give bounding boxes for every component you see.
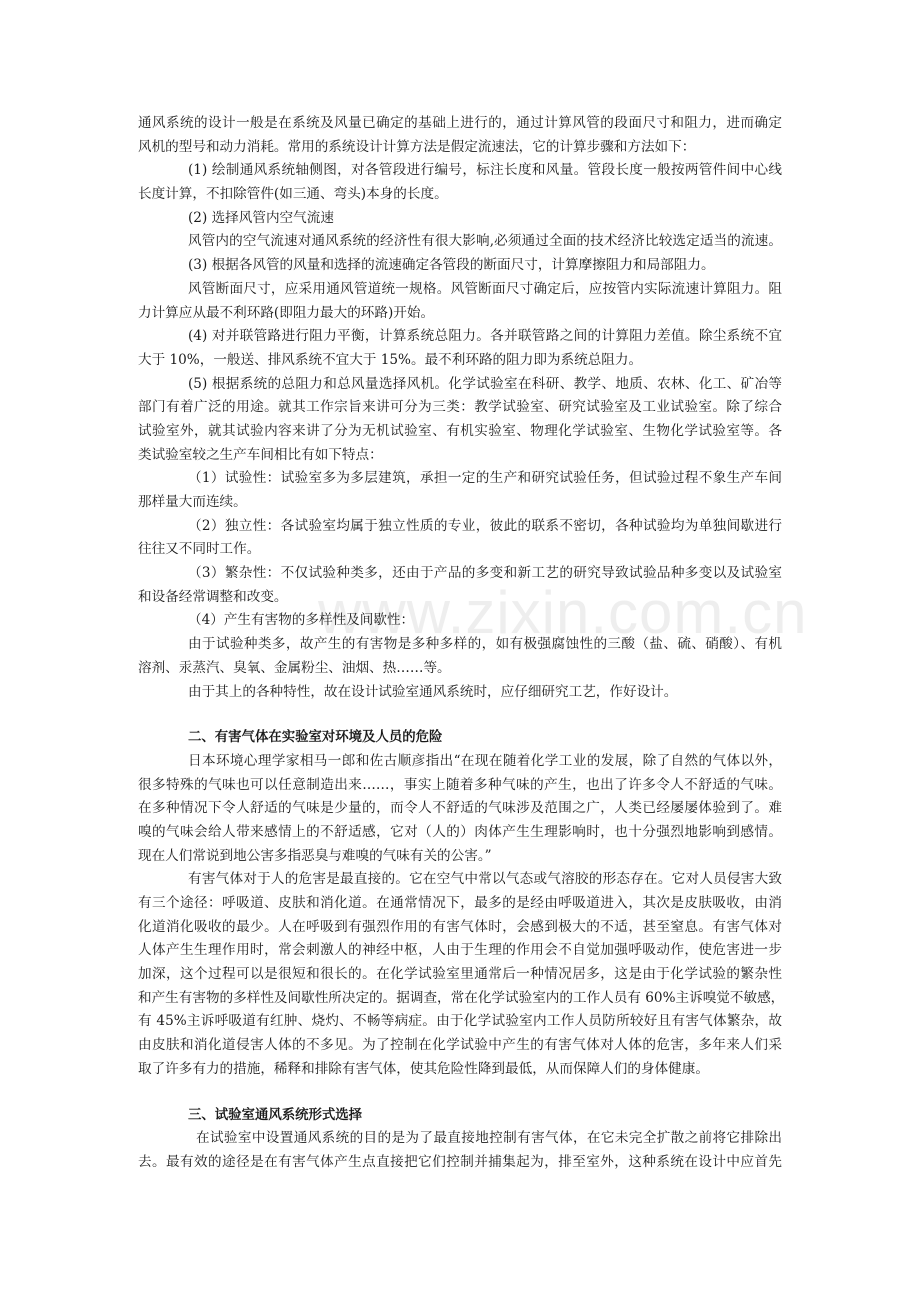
section-system-selection-body: 在试验室中设置通风系统的目的是为了最直接地控制有害气体，在它未完全扩散之前将它排… (138, 1127, 782, 1174)
text-line: 现在人们常说到地公害多指恶臭与难嗅的气味有关的公害。” (138, 845, 782, 869)
blank-spacer (138, 1082, 782, 1104)
text-line: 很多特殊的气味也可以任意制造出来……，事实上随着多种气味的产生，也出了许多令人不… (138, 774, 782, 798)
text-line: 有 45%主诉呼吸道有红肿、烧灼、不畅等病症。由于化学试验室内工作人员防所较好且… (138, 1010, 782, 1034)
section-ventilation-design: 通风系统的设计一般是在系统及风量已确定的基础上进行的，通过计算风管的段面尺寸和阻… (138, 112, 782, 704)
text-line: 化道消化吸收的最少。人在呼吸到有强烈作用的有害气体时，会感到极大的不适，甚至窒息… (138, 916, 782, 940)
text-line: (1) 绘制通风系统轴侧图，对各管段进行编号，标注长度和风量。管段长度一般按两管… (138, 159, 782, 183)
document-page: 通风系统的设计一般是在系统及风量已确定的基础上进行的，通过计算风管的段面尺寸和阻… (138, 112, 782, 1175)
text-line: 那样量大而连续。 (138, 491, 782, 515)
text-line: 加深，这个过程可以是很短和很长的。在化学试验室里通常后一种情况居多，这是由于化学… (138, 963, 782, 987)
text-line: 去。最有效的途径是在有害气体产生点直接把它们控制并捕集起为，排至室外，这种系统在… (138, 1151, 782, 1175)
text-line: 和设备经常调整和改变。 (138, 586, 782, 610)
text-line: （3）繁杂性：不仅试验种类多，还由于产品的多变和新工艺的研究导致试验品种多变以及… (138, 562, 782, 586)
text-line: 大于 10%，一般送、排风系统不宜大于 15%。最不利环路的阻力即为系统总阻力。 (138, 349, 782, 373)
text-line: (2) 选择风管内空气流速 (138, 207, 782, 231)
text-line: 有害气体对于人的危害是最直接的。它在空气中常以气态或气溶胶的形态存在。它对人员侵… (138, 868, 782, 892)
text-line: 在试验室中设置通风系统的目的是为了最直接地控制有害气体，在它未完全扩散之前将它排… (138, 1127, 782, 1151)
section-heading-system-selection: 三、试验室通风系统形式选择 (138, 1104, 782, 1128)
text-line: (4) 对并联管路进行阻力平衡，计算系统总阻力。各并联管路之间的计算阻力差值。除… (138, 325, 782, 349)
text-line: 通风系统的设计一般是在系统及风量已确定的基础上进行的，通过计算风管的段面尺寸和阻… (138, 112, 782, 136)
text-line: （4）产生有害物的多样性及间歇性： (138, 609, 782, 633)
text-line: 有三个途径：呼吸道、皮肤和消化道。在通常情况下，最多的是经由呼吸道进入，其次是皮… (138, 892, 782, 916)
text-line: 和产生有害物的多样性及间歇性所决定的。据调查，常在化学试验室内的工作人员有 60… (138, 987, 782, 1011)
text-line: 由皮肤和消化道侵害人体的不多见。为了控制在化学试验中产生的有害气体对人体的危害，… (138, 1034, 782, 1058)
text-line: 试验室外，就其试验内容来讲了分为无机试验室、有机实验室、物理化学试验室、生物化学… (138, 420, 782, 444)
section-heading-hazards: 二、有害气体在实验室对环境及人员的危险 (138, 726, 782, 750)
text-line: (3) 根据各风管的风量和选择的流速确定各管段的断面尺寸，计算摩擦阻力和局部阻力… (138, 254, 782, 278)
text-line: 溶剂、汞蒸汽、臭氧、金属粉尘、油烟、热……等。 (138, 657, 782, 681)
text-line: 日本环境心理学家相马一郎和佐古顺彦指出“在现在随着化学工业的发展，除了自然的气体… (138, 750, 782, 774)
text-line: 力计算应从最不利环路(即阻力最大的环路)开始。 (138, 302, 782, 326)
text-line: 取了许多有力的措施，稀释和排除有害气体，使其危险性降到最低，从而保障人们的身体健… (138, 1058, 782, 1082)
text-line: 风机的型号和动力消耗。常用的系统设计计算方法是假定流速法，它的计算步骤和方法如下… (138, 136, 782, 160)
text-line: 部门有着广泛的用途。就其工作宗旨来讲可分为三类：教学试验室、研究试验室及工业试验… (138, 396, 782, 420)
text-line: 类试验室较之生产车间相比有如下特点： (138, 444, 782, 468)
text-line: 嗅的气味会给人带来感情上的不舒适感，它对（人的）肉体产生生理影响时，也十分强烈地… (138, 821, 782, 845)
text-line: 风管断面尺寸，应采用通风管道统一规格。风管断面尺寸确定后，应按管内实际流速计算阻… (138, 278, 782, 302)
text-line: (5) 根据系统的总阻力和总风量选择风机。化学试验室在科研、教学、地质、农林、化… (138, 373, 782, 397)
text-line: 长度计算，不扣除管件(如三通、弯头)本身的长度。 (138, 183, 782, 207)
text-line: 人体产生生理作用时，常会刺激人的神经中枢，人由于生理的作用会不自觉加强呼吸动作，… (138, 939, 782, 963)
text-line: （1）试验性：试验室多为多层建筑，承担一定的生产和研究试验任务，但试验过程不象生… (138, 467, 782, 491)
blank-spacer (138, 704, 782, 726)
text-line: 风管内的空气流速对通风系统的经济性有很大影响,必须通过全面的技术经济比较选定适当… (138, 230, 782, 254)
text-line: 由于试验种类多，故产生的有害物是多种多样的，如有极强腐蚀性的三酸（盐、硫、硝酸）… (138, 633, 782, 657)
text-line: （2）独立性：各试验室均属于独立性质的专业，彼此的联系不密切，各种试验均为单独间… (138, 515, 782, 539)
section-hazards-body: 日本环境心理学家相马一郎和佐古顺彦指出“在现在随着化学工业的发展，除了自然的气体… (138, 750, 782, 1082)
text-line: 在多种情况下令人舒适的气味是少量的，而令人不舒适的气味涉及范围之广，人类已经屡屡… (138, 797, 782, 821)
text-line: 由于其上的各种特性，故在设计试验室通风系统时，应仔细研究工艺，作好设计。 (138, 681, 782, 705)
text-line: 往往又不同时工作。 (138, 538, 782, 562)
